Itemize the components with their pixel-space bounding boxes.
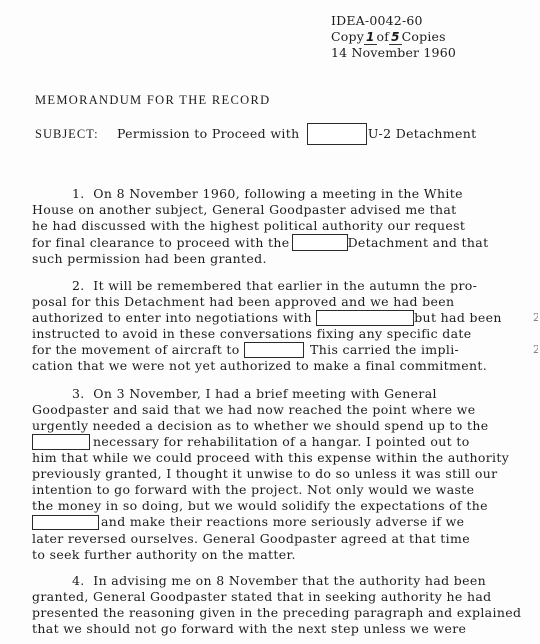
document-id: IDEA-0042-60 [331,13,456,29]
paragraph-line: posal for this Detachment had been appro… [32,294,454,310]
memo-title: MEMORANDUM FOR THE RECORD [35,93,270,108]
paragraph-line: such permission had been granted. [32,251,267,267]
paragraph-line: later reversed ourselves. General Goodpa… [32,531,470,547]
redaction-box [307,123,367,145]
paragraph-line: the money in so doing, but we would soli… [32,498,488,514]
paragraph-line: and make their reactions more seriously … [32,514,464,530]
redaction-box [244,342,304,358]
paragraph-line: intention to go forward with the project… [32,482,474,498]
paragraph-number: 3. [72,386,85,401]
paragraph-line: he had discussed with the highest politi… [32,218,465,234]
paragraph-number: 1. [72,186,85,201]
paragraph-line: for final clearance to proceed with theD… [32,234,488,251]
subject-label: SUBJECT: [35,127,99,141]
copy-label: Copy [331,29,364,44]
copy-number-handwritten: 1 [364,31,377,45]
paragraph-line: to seek further authority on the matter. [32,547,296,563]
paragraph-number: 4. [72,573,85,588]
redaction-box [316,310,414,326]
paragraph-line: urgently needed a decision as to whether… [32,418,489,434]
paragraph-line: 3. On 3 November, I had a brief meeting … [72,386,437,402]
memo-subject: SUBJECT: Permission to Proceed with U-2 … [35,123,476,145]
paragraph-line: presented the reasoning given in the pre… [32,605,521,621]
subject-text-after: U-2 Detachment [368,126,477,141]
copy-number-line: Copy1of5Copies [331,29,456,45]
memorandum-page: IDEA-0042-60 Copy1of5Copies 14 November … [0,0,540,644]
paragraph-line: for the movement of aircraft to This car… [32,342,459,358]
document-date: 14 November 1960 [331,45,456,61]
redaction-box [292,234,348,251]
subject-text-before: Permission to Proceed with [117,126,300,141]
copy-total-handwritten: 5 [389,31,402,45]
document-header: IDEA-0042-60 Copy1of5Copies 14 November … [331,13,456,61]
paragraph-line: authorized to enter into negotiations wi… [32,310,502,326]
paragraph-line: instructed to avoid in these conversatio… [32,326,472,342]
paragraph-line: granted, General Goodpaster stated that … [32,589,492,605]
paragraph-line: 1. On 8 November 1960, following a meeti… [72,186,463,202]
paragraph-line: cation that we were not yet authorized t… [32,358,487,374]
paragraph-line: Goodpaster and said that we had now reac… [32,402,475,418]
copy-of-label: of [377,29,390,44]
paragraph-line: that we should not go forward with the n… [32,621,466,637]
paragraph-line: 4. In advising me on 8 November that the… [72,573,486,589]
copies-label: Copies [402,29,446,44]
paragraph-line: 2. It will be remembered that earlier in… [72,278,477,294]
margin-mark: 2 [533,313,538,323]
redaction-box [32,434,90,450]
paragraph-line: necessary for rehabilitation of a hangar… [32,434,470,450]
paragraph-line: previously granted, I thought it unwise … [32,466,497,482]
redaction-box [32,515,99,530]
margin-mark: 2 [533,345,538,355]
paragraph-line: House on another subject, General Goodpa… [32,202,457,218]
paragraph-line: him that while we could proceed with thi… [32,450,509,466]
paragraph-number: 2. [72,278,85,293]
